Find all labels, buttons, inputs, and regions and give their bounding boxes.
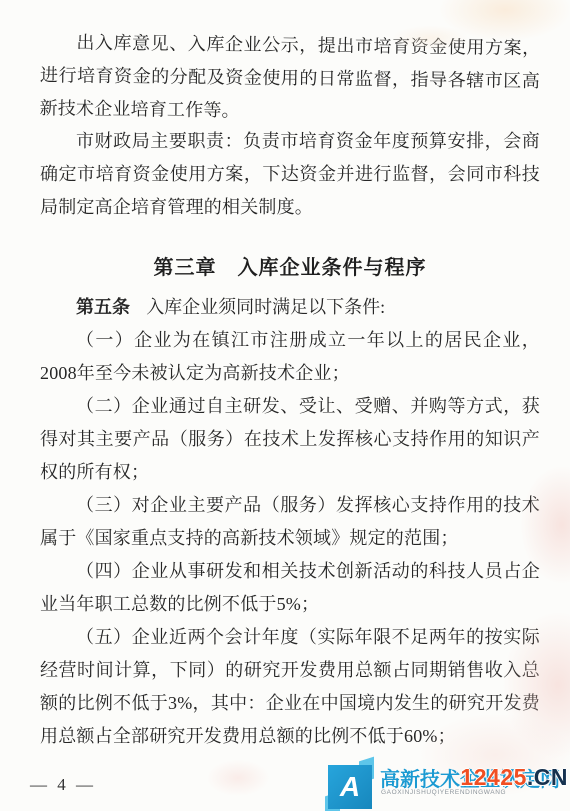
chapter-heading: 第三章 入库企业条件与程序 <box>40 253 540 283</box>
article-line: 第五条入库企业须同时满足以下条件: <box>40 291 540 324</box>
list-item-4: （四）企业从事研发和相关技术创新活动的科技人员占企业当年职工总数的比例不低于5%… <box>40 555 540 621</box>
site-number: 12425 <box>460 764 526 790</box>
page-number: — 4 — <box>30 775 96 795</box>
list-item-3: （三）对企业主要产品（服务）发挥核心支持作用的技术属于《国家重点支持的高新技术领… <box>40 489 540 555</box>
logo-letter: A <box>340 773 360 801</box>
list-item-2: （二）企业通过自主研发、受让、受赠、并购等方式，获得对其主要产品（服务）在技术上… <box>40 390 540 489</box>
document-page: 出入库意见、入库企业公示，提出市培育资金使用方案，进行培育资金的分配及资金使用的… <box>0 0 570 811</box>
site-tld: .CN <box>527 764 568 790</box>
body-paragraph: 市财政局主要职责：负责市培育资金年度预算安排，会商确定市培育资金使用方案，下达资… <box>40 125 540 224</box>
list-item-1: （一）企业为在镇江市注册成立一年以上的居民企业，2008年至今未被认定为高新技术… <box>40 324 540 390</box>
watermark-text: 高新技术企业认定网 12425.CN GAOXINJISHUQIYERENDIN… <box>380 762 566 810</box>
logo-square-icon: A <box>328 765 372 809</box>
site-logo: A <box>328 765 372 809</box>
article-label: 第五条 <box>76 297 130 317</box>
body-paragraph: 出入库意见、入库企业公示，提出市培育资金使用方案，进行培育资金的分配及资金使用的… <box>39 26 540 131</box>
article-intro: 入库企业须同时满足以下条件: <box>146 297 385 317</box>
site-code: 12425.CN <box>460 764 568 791</box>
site-watermark: A 高新技术企业认定网 12425.CN GAOXINJISHUQIYEREND… <box>318 757 566 811</box>
list-item-5: （五）企业近两个会计年度（实际年限不足两年的按实际经营时间计算，下同）的研究开发… <box>40 621 540 753</box>
